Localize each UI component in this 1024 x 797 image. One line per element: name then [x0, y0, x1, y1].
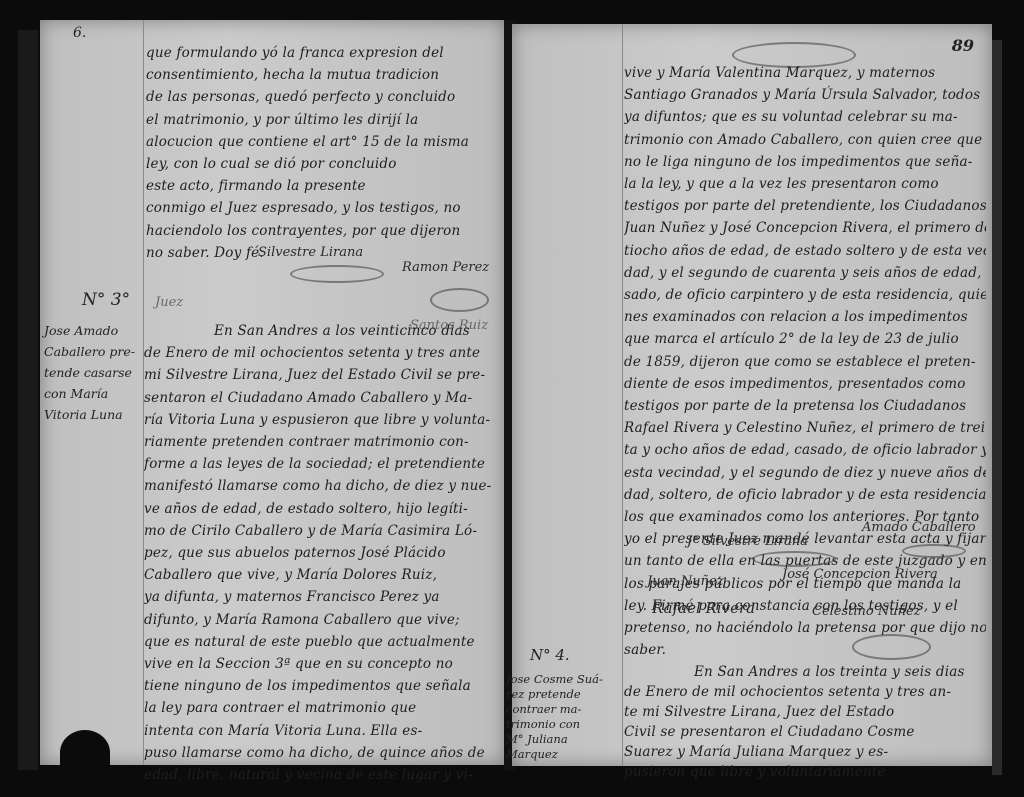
text-line: edad, libre, natural y vecina de este lu…	[144, 764, 502, 786]
right-page: 89 vive y María Valentina Marquez, y mat…	[512, 24, 992, 766]
note-line: M° Juliana	[506, 732, 618, 747]
text-line: Rafael Rivera y Celestino Nuñez, el prim…	[624, 417, 986, 439]
text-line: que es natural de este pueblo que actual…	[144, 631, 502, 653]
note-line: con María	[44, 383, 142, 404]
text-line: no le liga ninguno de los impedimentos q…	[624, 151, 986, 173]
note-line: Vitoria Luna	[44, 404, 142, 425]
text-line: ría Vitoria Luna y espusieron que libre …	[144, 409, 502, 431]
note-line: tende casarse	[44, 362, 142, 383]
note-line: Caballero pre-	[44, 341, 142, 362]
note-line: rez pretende	[506, 687, 618, 702]
text-line: Suarez y María Juliana Marquez y es-	[624, 742, 986, 762]
text-line: de Enero de mil ochocientos setenta y tr…	[624, 682, 986, 702]
text-line: mo de Cirilo Caballero y de María Casimi…	[144, 520, 502, 542]
text-line: este acto, firmando la presente	[146, 175, 501, 197]
signature-witness-2: José Concepcion Rivera	[782, 567, 938, 582]
signature-judge: Silvestre Lirana	[258, 245, 363, 260]
text-line: trimonio con Amado Caballero, con quien …	[624, 129, 986, 151]
text-line: que marca el artículo 2° de la ley de 23…	[624, 328, 986, 350]
text-line: ya difunta, y maternos Francisco Perez y…	[144, 586, 502, 608]
text-line: puso llamarse como ha dicho, de quince a…	[144, 742, 502, 764]
text-line: vive y María Valentina Marquez, y matern…	[624, 62, 986, 84]
signature-flourish	[290, 265, 384, 283]
text-line: vive en la Seccion 3ª que en su concepto…	[144, 653, 502, 675]
text-line: Santiago Granados y María Úrsula Salvado…	[624, 84, 986, 106]
text-line: ve años de edad, de estado soltero, hijo…	[144, 498, 502, 520]
page-number: 89	[952, 36, 974, 55]
signature-flourish	[902, 544, 966, 558]
text-line: difunto, y María Ramona Caballero que vi…	[144, 609, 502, 631]
signature-witness-4: Celestino Nuñez	[812, 604, 921, 619]
text-line: En San Andres a los treinta y seis dias	[624, 662, 986, 682]
text-line: dad, soltero, de oficio labrador y de es…	[624, 484, 986, 506]
book-edge-left	[18, 30, 38, 770]
text-line: Civil se presentaron el Ciudadano Cosme	[624, 722, 986, 742]
text-line: de Enero de mil ochocientos setenta y tr…	[144, 342, 502, 364]
note-line: Jose Amado	[44, 320, 142, 341]
note-line: contraer ma-	[506, 702, 618, 717]
text-line: Juan Nuñez y José Concepcion Rivera, el …	[624, 217, 986, 239]
text-line: conmigo el Juez espresado, y los testigo…	[146, 197, 501, 219]
text-line: dad, y el segundo de cuarenta y seis año…	[624, 262, 986, 284]
text-line: Caballero que vive, y María Dolores Ruiz…	[144, 564, 502, 586]
text-line: tiocho años de edad, de estado soltero y…	[624, 240, 986, 262]
signature-groom: Amado Caballero	[862, 520, 976, 535]
text-line: manifestó llamarse como ha dicho, de die…	[144, 475, 502, 497]
margin-rule	[622, 24, 623, 766]
corner-mark: 6.	[73, 25, 86, 41]
text-line: ya difuntos; que es su voluntad celebrar…	[624, 106, 986, 128]
note-line: Jose Cosme Suá-	[506, 672, 618, 687]
signature-flourish	[430, 288, 489, 312]
text-line: testigos por parte del pretendiente, los…	[624, 195, 986, 217]
thumb-shadow	[60, 730, 110, 775]
text-line: la la ley, y que a la vez les presentaro…	[624, 173, 986, 195]
entry-text: En San Andres a los treinta y seis dias …	[624, 662, 986, 782]
signature-flourish	[852, 634, 931, 660]
text-line: la ley para contraer el matrimonio que	[144, 697, 502, 719]
note-line: Marquez	[506, 747, 618, 762]
text-line: que formulando yó la franca expresion de…	[146, 42, 501, 64]
text-line: pretenso, no haciéndolo la pretensa por …	[624, 617, 986, 639]
text-line: pusieron que libre y voluntariamente	[624, 762, 986, 782]
signature-title: Juez	[155, 295, 183, 310]
text-line: saber.	[624, 639, 986, 661]
entry-number: N° 4.	[530, 646, 570, 664]
text-line: ta y ocho años de edad, casado, de ofici…	[624, 439, 986, 461]
signature-witness: Ramon Perez	[402, 260, 489, 275]
text-line: de 1859, dijeron que como se establece e…	[624, 351, 986, 373]
text-line: forme a las leyes de la sociedad; el pre…	[144, 453, 502, 475]
signature-flourish	[752, 551, 836, 567]
signature-witness-1: Juan Nuñez	[647, 574, 724, 589]
text-line: te mi Silvestre Lirana, Juez del Estado	[624, 702, 986, 722]
book-edge-right	[992, 40, 1002, 775]
entry-text: En San Andres a los veinticinco dias de …	[144, 320, 502, 786]
text-line: intenta con María Vitoria Luna. Ella es-	[144, 720, 502, 742]
signature-judge: J° Silvestre Lirana	[687, 534, 808, 549]
text-line: consentimiento, hecha la mutua tradicion	[146, 64, 501, 86]
text-line: esta vecindad, y el segundo de diez y nu…	[624, 462, 986, 484]
text-line: diente de esos impedimentos, presentados…	[624, 373, 986, 395]
margin-note: Jose Cosme Suá- rez pretende contraer ma…	[506, 672, 618, 762]
text-line: riamente pretenden contraer matrimonio c…	[144, 431, 502, 453]
text-line: sentaron el Ciudadano Amado Caballero y …	[144, 387, 502, 409]
text-line: de las personas, quedó perfecto y conclu…	[146, 86, 501, 108]
text-line: nes examinados con relacion a los impedi…	[624, 306, 986, 328]
signature-witness-3: Rafael Rivera	[652, 599, 755, 617]
text-line: testigos por parte de la pretensa los Ci…	[624, 395, 986, 417]
note-line: trimonio con	[506, 717, 618, 732]
text-line: sado, de oficio carpintero y de esta res…	[624, 284, 986, 306]
text-line: pez, que sus abuelos paternos José Pláci…	[144, 542, 502, 564]
text-line: alocucion que contiene el art° 15 de la …	[146, 131, 501, 153]
continuation-text: que formulando yó la franca expresion de…	[146, 42, 501, 264]
entry-number: N° 3°	[82, 290, 130, 310]
text-line: ley, con lo cual se dió por concluido	[146, 153, 501, 175]
text-line: tiene ninguno de los impedimentos que se…	[144, 675, 502, 697]
text-line: haciendolo los contrayentes, por que dij…	[146, 220, 501, 242]
text-line: En San Andres a los veinticinco dias	[144, 320, 502, 342]
text-line: el matrimonio, y por último les dirijí l…	[146, 109, 501, 131]
margin-note: Jose Amado Caballero pre- tende casarse …	[44, 320, 142, 425]
left-page: 6. que formulando yó la franca expresion…	[40, 20, 505, 765]
text-line: mi Silvestre Lirana, Juez del Estado Civ…	[144, 364, 502, 386]
